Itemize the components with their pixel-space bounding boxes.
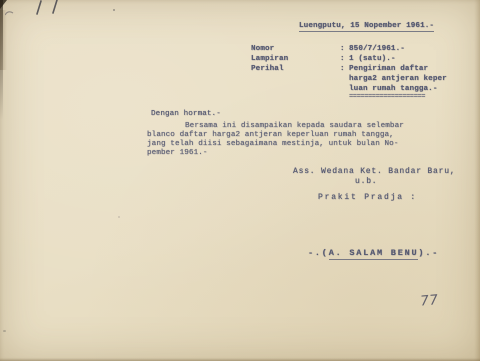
signature-name-suffix: ).-	[418, 248, 439, 258]
signature-title-line: Prakit Pradja :	[318, 193, 417, 202]
paper-speck	[113, 9, 115, 11]
meta-value-nomor: 850/7/1961.-	[349, 45, 405, 54]
date-text: Luengputu, 15 Nopember 1961.-	[299, 22, 434, 32]
signature-name-prefix: -.(	[308, 248, 329, 258]
body-line: jang telah diisi sebagaimana mestinja, u…	[147, 140, 398, 149]
meta-colon: :	[340, 55, 345, 64]
body-line: blanco daftar harga2 antjeran keperluan …	[147, 131, 394, 140]
body-line: pember 1961.-	[147, 149, 208, 158]
scanned-letter-page: Luengputu, 15 Nopember 1961.- Nomor : 85…	[0, 0, 480, 361]
salutation: Dengan hormat.-	[151, 110, 221, 119]
meta-row-lampiran: Lampiran : 1 (satu).-	[251, 55, 480, 65]
meta-value-perihal-line2: harga2 antjeran keper	[349, 75, 447, 84]
signature-name: A. SALAM BENU	[329, 248, 419, 260]
meta-row-perihal: Perihal : Pengiriman daftar	[251, 65, 480, 75]
meta-colon: :	[340, 65, 345, 74]
meta-label-lampiran: Lampiran	[251, 55, 288, 64]
handwritten-page-number: 77	[419, 292, 438, 309]
meta-label-perihal: Perihal	[251, 65, 284, 74]
paper-speck	[118, 216, 120, 218]
meta-colon: :	[340, 45, 345, 54]
signature-name-line: -.(A. SALAM BENU).-	[308, 249, 439, 258]
perihal-underline-row: ====================	[349, 93, 425, 102]
meta-label-nomor: Nomor	[251, 45, 274, 54]
body-line: Bersama ini disampaikan kepada saudara s…	[147, 122, 404, 131]
meta-value-perihal: Pengiriman daftar	[349, 65, 428, 74]
paper-speck	[3, 330, 6, 332]
check-mark-icon	[5, 10, 14, 17]
signature-role-line: Ass. Wedana Ket. Bandar Baru,	[293, 167, 455, 176]
paper-edge-fold-shadow	[0, 10, 7, 70]
signature-ub-line: u.b.	[355, 177, 377, 186]
date-line: Luengputu, 15 Nopember 1961.-	[299, 22, 434, 31]
meta-value-lampiran: 1 (satu).-	[349, 55, 396, 64]
meta-row-nomor: Nomor : 850/7/1961.-	[251, 45, 480, 55]
pencil-strokes-icon	[30, 0, 70, 16]
